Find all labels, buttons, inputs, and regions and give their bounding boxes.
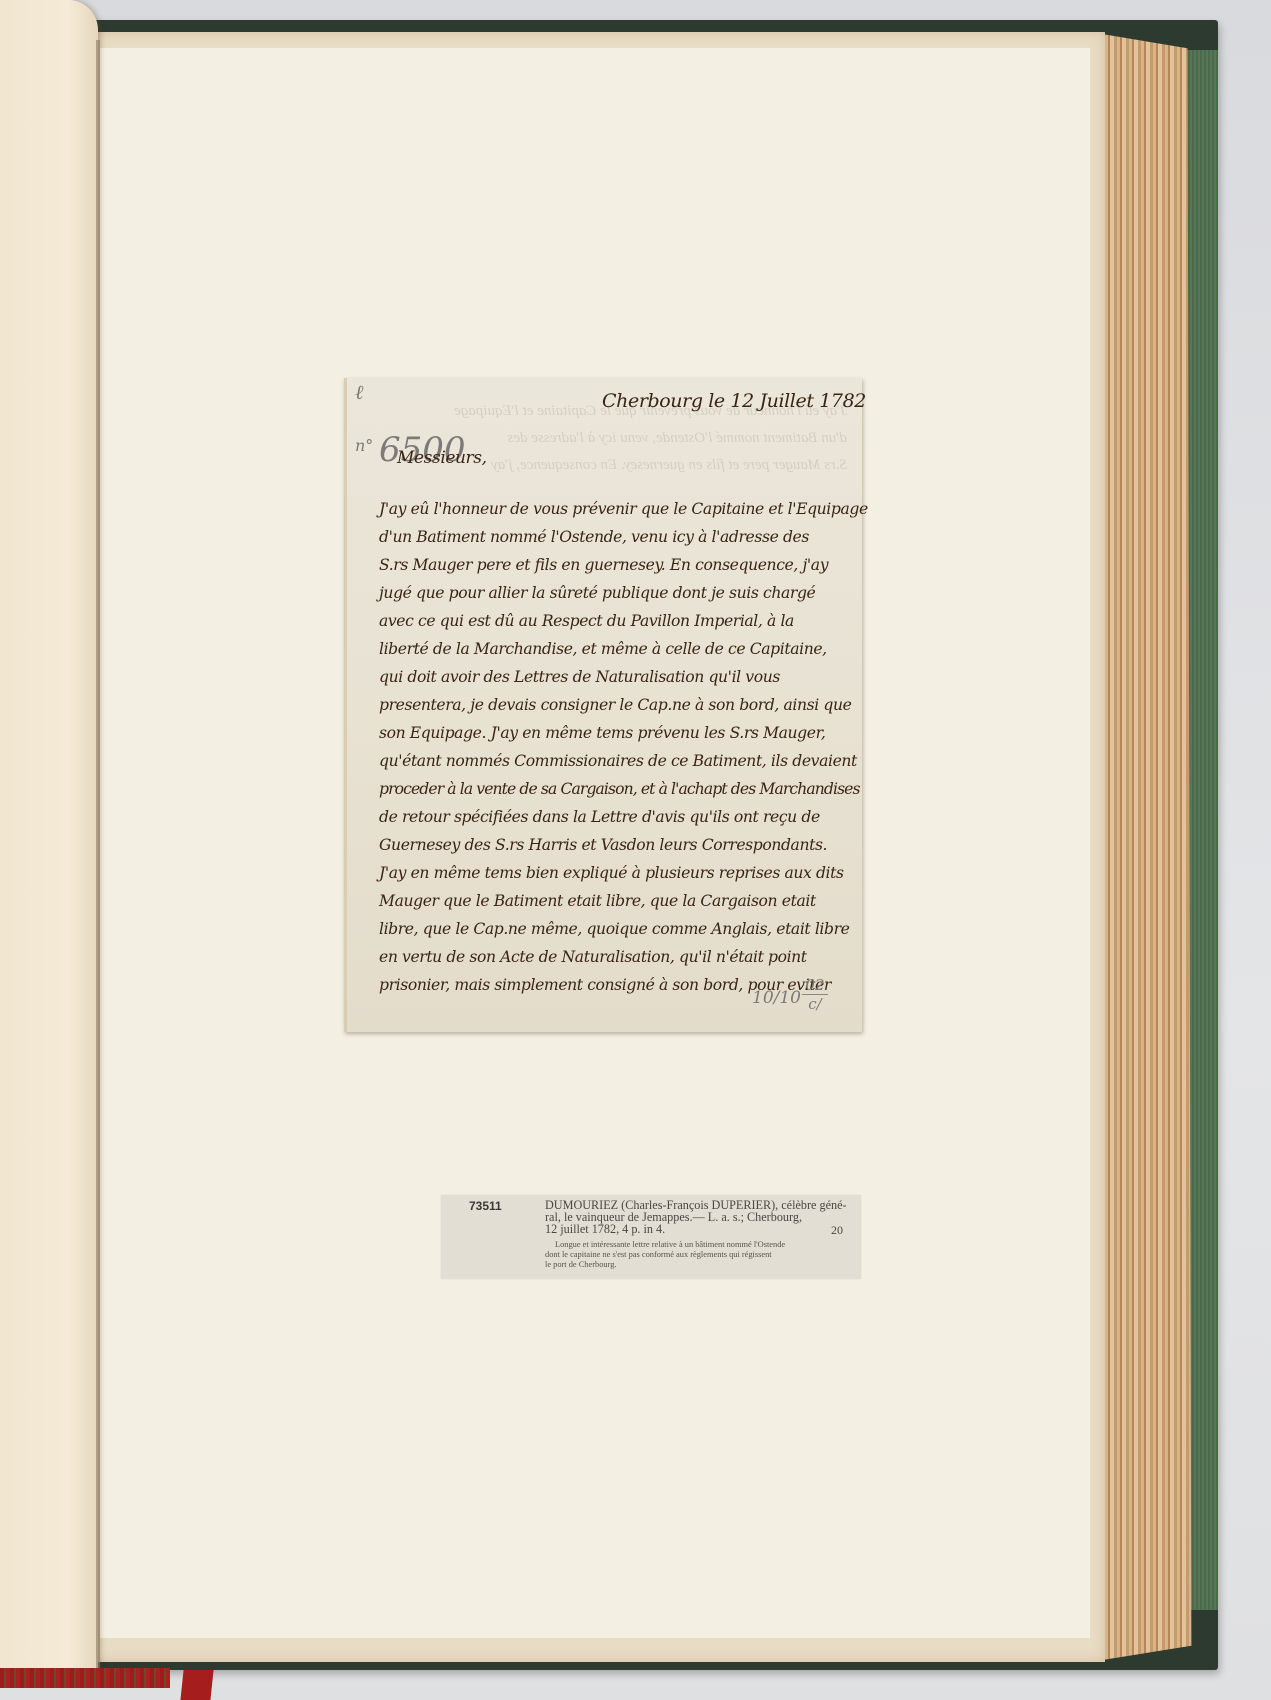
pencil-number-prefix: n° (355, 436, 373, 455)
pencil-fraction-left: 10/10 (752, 988, 801, 1008)
catalog-note-line: Longue et intéressante lettre relative à… (545, 1240, 845, 1250)
letter-line: Guernesey des S.rs Harris et Vasdon leur… (379, 836, 827, 854)
letter-line: liberté de la Marchandise, et même à cel… (379, 640, 827, 658)
letter-line: en vertu de son Acte de Naturalisation, … (379, 948, 807, 966)
letter-line: Mauger que le Batiment etait libre, que … (379, 892, 816, 910)
letter-salutation: Messieurs, (397, 448, 487, 468)
catalog-heading-line: 12 juillet 1782, 4 p. in 4. (545, 1223, 845, 1235)
letter-line: proceder à la vente de sa Cargaison, et … (379, 780, 860, 798)
letter-line: J'ay eû l'honneur de vous prévenir que l… (379, 500, 868, 518)
letter-line: son Equipage. J'ay en même tems prévenu … (379, 724, 825, 742)
letter-line: S.rs Mauger pere et fils en guernesey. E… (379, 556, 828, 574)
lot-number: 73511 (469, 1199, 502, 1213)
photo-scene: J'ay eû l'honneur de vous prévenir que l… (0, 0, 1271, 1700)
letter-line: J'ay en même tems bien expliqué à plusie… (379, 864, 844, 882)
book-gutter (96, 40, 100, 1670)
letter-line: qu'étant nommés Commissionaires de ce Ba… (379, 752, 857, 770)
catalog-note-line: le port de Cherbourg. (545, 1260, 845, 1270)
letter-line: qui doit avoir des Lettres de Naturalisa… (379, 668, 780, 686)
catalog-heading: DUMOURIEZ (Charles-François DUPERIER), c… (545, 1199, 845, 1235)
catalog-clipping: 73511 DUMOURIEZ (Charles-François DUPERI… (441, 1195, 861, 1279)
letter-line: d'un Batiment nommé l'Ostende, venu icy … (379, 528, 809, 546)
catalog-note-line: dont le capitaine ne s'est pas conformé … (545, 1250, 845, 1260)
letter-line: libre, que le Cap.ne même, quoique comme… (379, 920, 849, 938)
letter-line: jugé que pour allier la sûreté publique … (379, 584, 815, 602)
pencil-fraction-right: 02 c/ (802, 978, 828, 1011)
red-headband (0, 1668, 170, 1688)
pencil-corner-mark: ℓ (355, 380, 363, 405)
bookmark-ribbon (180, 1670, 213, 1700)
letter-line: de retour spécifiées dans la Lettre d'av… (379, 808, 820, 826)
lot-price: 20 (831, 1223, 843, 1238)
left-page-curl (0, 0, 98, 1680)
autograph-letter: J'ay eû l'honneur de vous prévenir que l… (344, 378, 862, 1032)
letter-dateline: Cherbourg le 12 Juillet 1782 (602, 390, 866, 412)
letter-line: presentera, je devais consigner le Cap.n… (379, 696, 851, 714)
letter-line: avec ce qui est dû au Respect du Pavillo… (379, 612, 794, 630)
catalog-note: Longue et intéressante lettre relative à… (545, 1240, 845, 1270)
